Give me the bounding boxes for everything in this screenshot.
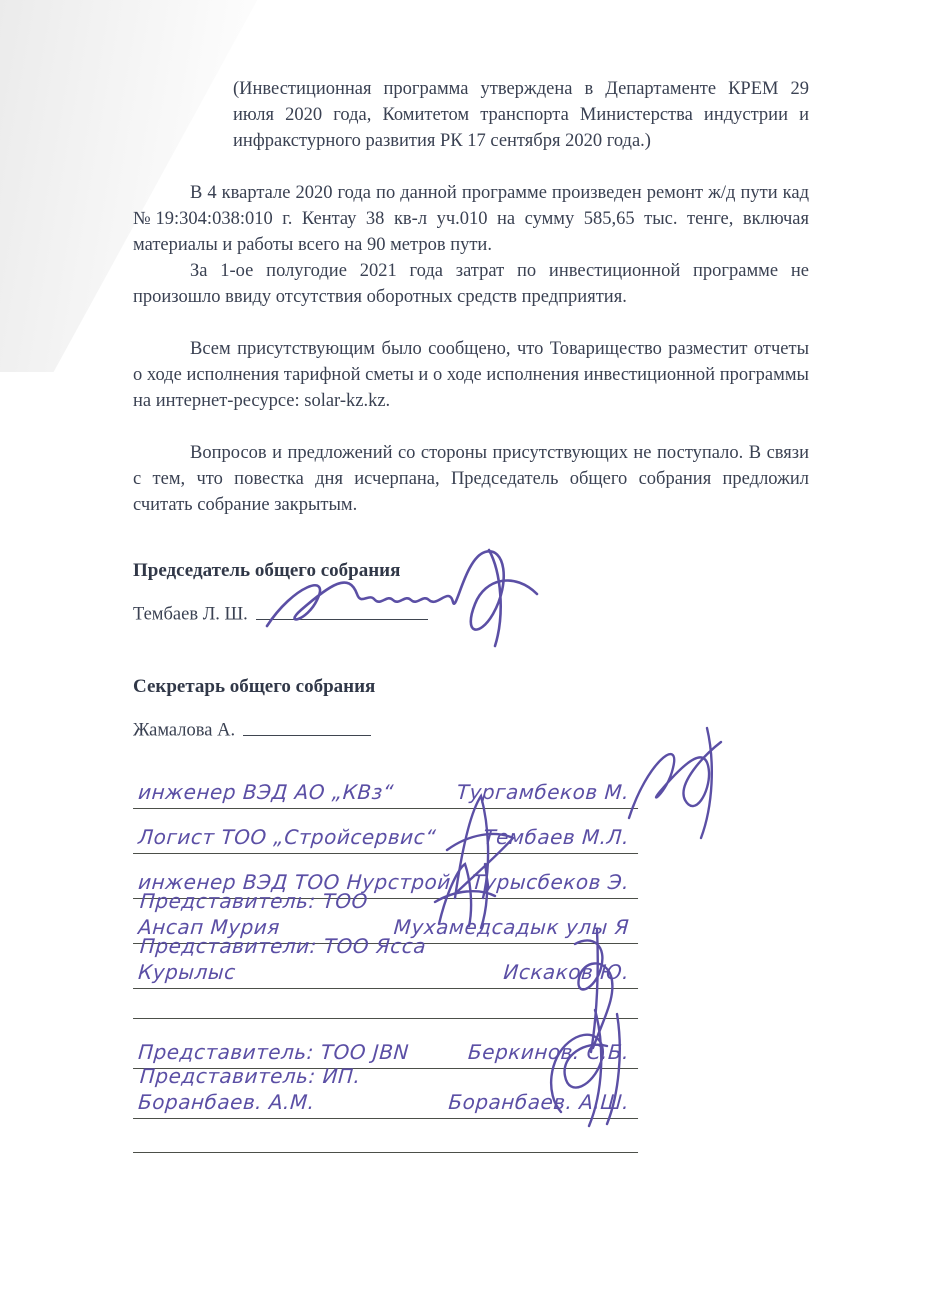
scanned-page: (Инвестиционная программа утверждена в Д…	[0, 0, 938, 1291]
chairman-name: Тембаев Л. Ш.	[133, 605, 248, 625]
paragraph-q4-repair: В 4 квартале 2020 года по данной програм…	[133, 180, 809, 258]
signature-row: инженер ВЭД АО „КВз“ Тургамбеков М.	[133, 764, 641, 809]
empty-signature-line	[133, 989, 640, 1019]
secretary-name-row: Жамалова А.	[133, 716, 809, 750]
secretary-heading: Секретарь общего собрания	[133, 674, 809, 700]
signature-row-label: Логист ТОО „Стройсервис“	[137, 824, 437, 850]
signature-row-name: Тембаев М.Л.	[483, 824, 630, 850]
signature-row-name: Турысбеков Э.	[471, 869, 630, 895]
signature-row-name: Боранбаев. А.Ш.	[448, 1089, 630, 1115]
signature-row: Представители: ТОО Ясса Курылыс Искаков …	[133, 944, 641, 989]
document-body: (Инвестиционная программа утверждена в Д…	[133, 76, 809, 1153]
signature-row: Представитель: ТОО JBN Беркинов. С.Б.	[133, 1019, 641, 1069]
signature-row-name: Беркинов. С.Б.	[467, 1039, 630, 1065]
chairman-name-row: Тембаев Л. Ш.	[133, 600, 809, 634]
paragraph-h1-2021: За 1-ое полугодие 2021 года затрат по ин…	[133, 258, 809, 310]
approval-note: (Инвестиционная программа утверждена в Д…	[233, 76, 809, 154]
chairman-signature-flourish	[253, 542, 573, 657]
secretary-name: Жамалова А.	[133, 721, 235, 741]
signature-row-name: Тургамбеков М.	[456, 779, 630, 805]
signature-row-label: Представитель: ИП. Боранбаев. А.М.	[137, 1063, 439, 1115]
handwritten-signatures: инженер ВЭД АО „КВз“ Тургамбеков М. Логи…	[133, 764, 693, 1153]
signature-row: Логист ТОО „Стройсервис“ Тембаев М.Л.	[133, 809, 641, 854]
paragraph-closing: Вопросов и предложений со стороны присут…	[133, 440, 809, 518]
signature-row-label: Представители: ТОО Ясса Курылыс	[137, 933, 494, 985]
empty-signature-line	[133, 1119, 640, 1153]
signature-row-label: инженер ВЭД АО „КВз“	[137, 779, 394, 805]
signature-row: Представитель: ИП. Боранбаев. А.М. Боран…	[133, 1069, 641, 1119]
secretary-signature-line	[243, 716, 371, 736]
signature-row-label: Представитель: ТОО JBN	[137, 1039, 410, 1065]
signature-row-name: Искаков Ю.	[503, 959, 631, 985]
paragraph-reports-site: Всем присутствующим было сообщено, что Т…	[133, 336, 809, 414]
